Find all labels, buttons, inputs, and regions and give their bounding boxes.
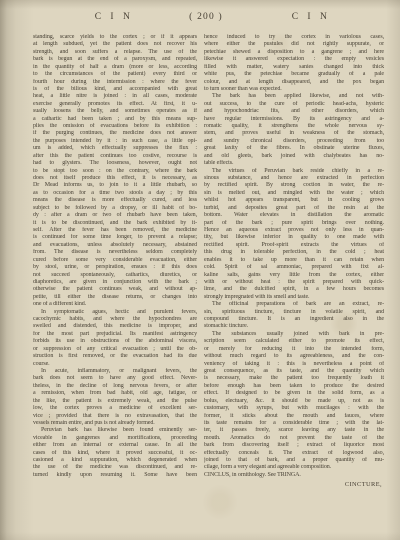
text-line: Hence an aqueous extract proves not only… [204,227,384,234]
text-line: petechiae shewed a disposition to a gang… [204,49,384,56]
text-line: and hypochondriac fits, and other disord… [204,108,384,115]
text-line: have regular intermissions. By its astri… [204,116,384,123]
text-line: and old gleets, bark joined with chalybe… [204,153,384,160]
text-line: vessels remain entire, and pus is not al… [33,420,197,427]
text-line: forbids its use in obstructions of the a… [33,338,197,345]
text-line: um is added, which effectually suppresse… [33,145,197,152]
text-line: or suppression of any critical evacuatio… [33,346,197,353]
text-line: is continued for some time longer, to pr… [33,234,197,241]
text-line: its taste remains for a considerable tim… [204,420,384,427]
text-line: heat, a little nitre is joined : in all … [33,93,197,100]
text-line: stem, and proves useful in weakness of t… [204,130,384,137]
text-line: if the purging continues, the medicine d… [33,130,197,137]
text-line: colour, and at length disappeared, and t… [204,79,384,86]
text-line: stomachic tincture. [204,323,384,330]
text-line: had to glysters. The looseness, however,… [33,160,197,167]
text-line: romatic quality, it strengthens the whol… [204,123,384,130]
text-line: otherwise the patient continues weak, an… [33,286,197,293]
text-line: customary, with syrups, but with mucilag… [204,405,384,412]
text-line: turbid, and deposites great part of the … [204,205,384,212]
text-line: cured before some very considerable evac… [33,257,197,264]
text-line: Dr Mead informs us, to join to it a litt… [33,182,197,189]
catchword: CINCTURE, [204,481,382,488]
text-line: theless, in the decline of long nervous … [33,383,197,390]
text-line: to the circumstances of the patient) eve… [33,71,197,78]
text-line: great consequence, as its taste, and the… [204,368,384,375]
text-line: table effects. [204,160,384,167]
running-head: C I N ( 200 ) C I N [0,12,400,24]
text-line: before enough has been taken to produce … [204,383,384,390]
text-line: CINCLUS, in ornithology. See TRINGA. [204,472,384,479]
text-columns: standing, scarce yields to the cortex ; … [33,34,384,479]
text-line: this drug in tolerable perfection, in th… [204,249,384,256]
text-line: one of a different kind. [33,301,197,308]
text-line: bolus, electuary, &c. it should be made … [204,398,384,405]
text-line: plies the omission of evacuations before… [33,123,197,130]
text-line: to turn sooner than was expected. [204,86,384,93]
text-line: a remission, when from bad habit, old ag… [33,390,197,397]
text-line: turned kindly upon resuming it. Some hav… [33,472,197,479]
text-line: subject to be followed by a dropsy, or i… [33,205,197,212]
text-line: by rectified spirit. By strong coction i… [204,182,384,189]
text-line: or merely for reducing it into the inten… [204,346,384,353]
text-line: tity, but likewise inferior in quality t… [204,234,384,241]
text-line: filled with matter, watery sanies change… [204,64,384,71]
text-line: petite, till either the disease returns,… [33,294,197,301]
text-line: out success, to the cure of periodic hea… [204,101,384,108]
text-line: swelled and distended, this medicine is … [33,323,197,330]
text-line: with or without heat : the spirit prepar… [204,279,384,286]
text-line: likewise it answered expectation : the e… [204,56,384,63]
text-line: compound tincture. It is an ingredient a… [204,316,384,323]
text-line: sually loosens the belly, and sometimes … [33,108,197,115]
text-line: viceable in gangrenes and mortifications… [33,435,197,442]
text-line: the purposes intended by it : in such ca… [33,138,197,145]
text-line: fourth hour during the intermission : wh… [33,79,197,86]
text-line: bark is begun at the end of a paroxysm, … [33,56,197,63]
text-line: not succeed spontaneously, cathartics, d… [33,272,197,279]
text-line: without much regard to its agreeableness… [204,353,384,360]
text-line: is necessary, make the patient too frequ… [204,375,384,382]
text-line: part of the bark ; pure spirit brings ov… [204,220,384,227]
text-line: bark from discovering itself ; extract o… [204,442,384,449]
text-line: and evacuations, unless absolutely neces… [33,242,197,249]
text-line: In acute, inflammatory, or malignant fev… [33,368,197,375]
text-line: diaphoretics, are given in conjunction w… [33,279,197,286]
text-line: The bark has been applied likewise, and … [204,93,384,100]
text-line: white pus, the petechiae became graduall… [204,71,384,78]
text-line: does not itself produce this effect, it … [33,175,197,182]
text-line: and sundry chronical disorders, proceedi… [204,138,384,145]
text-line: veniency of taking it : this is neverthe… [204,361,384,368]
text-line: strength, and soon suffers a relapse. Th… [33,49,197,56]
text-line: the like, the patient is extremely weak,… [33,398,197,405]
text-line: for the most part prejudicial. Its manif… [33,331,197,338]
text-line: a cathartic had been taken ; and by this… [33,116,197,123]
text-line: In symptomatic agues, hectic and purulen… [33,309,197,316]
text-line: The officinal preparations of bark are a… [204,301,384,308]
text-line: exercise generally promotes its effect. … [33,101,197,108]
text-column-left: standing, scarce yields to the cortex ; … [33,34,197,479]
text-line: strongly impregnated with its smell and … [204,294,384,301]
text-line: great laxity of the fibres. In obstinate… [204,145,384,152]
text-line: rectified spirit. Proof-spirit extracts … [204,242,384,249]
text-line: enables it to take up more than it can r… [204,257,384,264]
text-line: lime, and the dulcified spirit, in a few… [204,286,384,293]
text-line: cilage, form a very elegant and agreeabl… [204,464,384,471]
text-line: to be stopt too soon : on the contrary, … [33,168,197,175]
text-line: is of the bilious kind, and accompanied … [33,86,197,93]
text-line: bark does not seem to have any good effe… [33,375,197,382]
text-line: sin, spirituous tincture, tincture in vo… [204,309,384,316]
page-number: ( 200 ) [189,12,223,22]
text-line: after this the patient continues too cos… [33,153,197,160]
text-line: vice ; provided that there is no extrava… [33,413,197,420]
text-line: The substances usually joined with bark … [204,331,384,338]
text-line: in the quantity of half a dram (more or … [33,64,197,71]
text-line: joined to that of bark, and a proper qua… [204,457,384,464]
text-line: scription seem calculated either to prom… [204,338,384,345]
text-line: cold. Spirit of sal ammoniac, prepared w… [204,264,384,271]
text-line: standing, scarce yields to the cortex ; … [33,34,197,41]
text-line: cacochymic habits, and where the hypocho… [33,316,197,323]
text-line: bottom. Water elevates in distillation t… [204,212,384,219]
text-line: Peruvian bark has likewise been found em… [33,427,197,434]
text-line: effectually conceals it. The extract of … [204,450,384,457]
text-line: struction is first removed, or the evacu… [33,353,197,360]
text-line: sinous substance, and hence are extracte… [204,175,384,182]
text-line: the use of the medicine was discontinued… [33,464,197,471]
text-line: former, it sticks about the mouth and fa… [204,413,384,420]
text-line: it is to be discontinued, and the bark e… [33,220,197,227]
text-line: effect. If designed to be given in the s… [204,390,384,397]
text-line: ter, it passes freely, scarce leaving an… [204,427,384,434]
text-column-right: hence induced to try the cortex in vario… [204,34,384,479]
text-line: as to occasion for a time two stools a d… [33,190,197,197]
text-line: from. The disease is nevertheless seldom… [33,249,197,256]
text-line: by stool, urine, or perspiration, ensues… [33,264,197,271]
text-line: either from an internal or external caus… [33,442,197,449]
text-line: means the disease is more effectually cu… [33,197,197,204]
running-head-right: C I N [292,12,331,22]
text-line: hence induced to try the cortex in vario… [204,34,384,41]
text-line: cases of this kind, where it proved succ… [33,450,197,457]
text-line: course. [33,361,197,368]
text-line: mouth. Aromatics do not prevent the tast… [204,435,384,442]
text-line: self. After the fever has been removed, … [33,227,197,234]
text-line: dy : after a dram or two of rhubarb have… [33,212,197,219]
text-line: kaline salts, gains very little from the… [204,272,384,279]
text-line: casioned a kind suppuration, which degen… [33,457,197,464]
text-line: whilst hot appears transparent, but in c… [204,197,384,204]
book-page: C I N ( 200 ) C I N standing, scarce yie… [0,0,400,540]
text-line: at length subdued, yet the patient does … [33,41,197,48]
text-line: low, the cortex proves a medicine of exc… [33,405,197,412]
running-head-left: C I N [95,12,134,22]
text-line: sin is melted out, and mingled with the … [204,190,384,197]
text-line: where either the pustules did not rightl… [204,41,384,48]
text-line: The virtues of Peruvian bark reside chie… [204,168,384,175]
